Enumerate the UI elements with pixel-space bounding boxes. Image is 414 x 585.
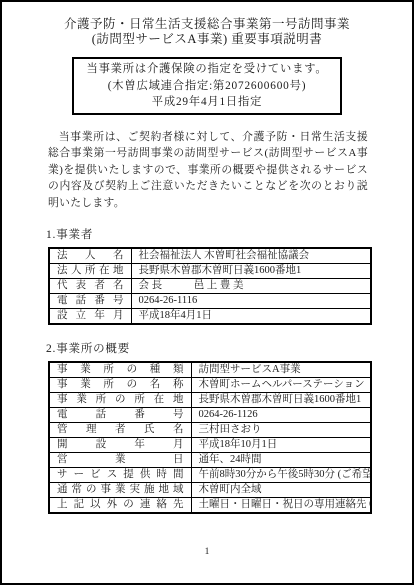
certification-statement: 当事業所は介護保険の指定を受けています。: [74, 61, 340, 78]
table-row: 電話番号 0264-26-1126: [49, 408, 371, 423]
row-value-office-type: 訪問型サービスA事業: [191, 362, 371, 378]
row-value-other-contact: 土曜日・日曜日・祝日の専用連絡先 090-5335-4760: [191, 498, 371, 514]
table-row: 法人名 社会福祉法人 木曽町社会福祉協議会: [49, 248, 371, 264]
page-number: 1: [2, 547, 412, 557]
office-overview-table: 事業所の種類 訪問型サービスA事業 事業所の名称 木曽町ホームヘルパーステーショ…: [48, 361, 372, 514]
document-page: 介護予防・日常生活支援総合事業第一号訪問事業 (訪問型サービスA事業) 重要事項…: [0, 0, 414, 585]
row-label-office-address: 事業所の所在地: [49, 393, 191, 408]
table-row: 設立年月 平成18年4月1日: [49, 309, 371, 325]
row-label-office-name: 事業所の名称: [49, 378, 191, 393]
certification-box: 当事業所は介護保険の指定を受けています。 (木曽広域連合指定:第20726006…: [72, 57, 342, 115]
row-value-establishment-date: 平成18年4月1日: [131, 309, 371, 325]
row-value-office-address: 長野県木曽郡木曽町日義1600番地1: [191, 393, 371, 408]
row-label-office-phone: 電話番号: [49, 408, 191, 423]
row-value-office-name: 木曽町ホームヘルパーステーション: [191, 378, 371, 393]
row-label-office-type: 事業所の種類: [49, 362, 191, 378]
table-row: 管理者氏名 三村田さおり: [49, 423, 371, 438]
section-2-heading: 2.事業所の概要: [46, 340, 412, 356]
table-row: 通常の事業実施地域 木曽町内全域: [49, 483, 371, 498]
row-label-corporate-address: 法人所在地: [49, 264, 131, 279]
row-value-office-phone: 0264-26-1126: [191, 408, 371, 423]
row-label-service-area: 通常の事業実施地域: [49, 483, 191, 498]
table-row: 法人所在地 長野県木曽郡木曽町日義1600番地1: [49, 264, 371, 279]
row-value-phone: 0264-26-1116: [131, 294, 371, 309]
row-label-phone: 電話番号: [49, 294, 131, 309]
table-row: 上記以外の連絡先 土曜日・日曜日・祝日の専用連絡先 090-5335-4760: [49, 498, 371, 514]
row-label-manager-name: 管理者氏名: [49, 423, 191, 438]
intro-paragraph: 当事業所は、ご契約者様に対して、介護予防・日常生活支援総合事業第一号訪問事業の訪…: [48, 129, 368, 212]
row-label-opening-date: 開設年月: [49, 438, 191, 453]
row-label-establishment-date: 設立年月: [49, 309, 131, 325]
row-value-representative: 会 長 邑 上 豊 美: [131, 279, 371, 294]
table-row: 電話番号 0264-26-1116: [49, 294, 371, 309]
row-value-service-hours: 午前8時30分から午後5時30分 (ご希望に応じて対応いたしますので、 ご相談く…: [191, 468, 371, 483]
row-label-service-hours: サービス提供時間: [49, 468, 191, 483]
business-operator-table: 法人名 社会福祉法人 木曽町社会福祉協議会 法人所在地 長野県木曽郡木曽町日義1…: [48, 247, 372, 325]
row-value-corporate-name: 社会福祉法人 木曽町社会福祉協議会: [131, 248, 371, 264]
row-label-corporate-name: 法人名: [49, 248, 131, 264]
table-row: 開設年月 平成18年10月1日: [49, 438, 371, 453]
row-value-opening-date: 平成18年10月1日: [191, 438, 371, 453]
document-title: 介護予防・日常生活支援総合事業第一号訪問事業 (訪問型サービスA事業) 重要事項…: [2, 17, 412, 47]
table-row: 事業所の所在地 長野県木曽郡木曽町日義1600番地1: [49, 393, 371, 408]
certification-date: 平成29年4月1日指定: [74, 94, 340, 111]
table-row: 代表者名 会 長 邑 上 豊 美: [49, 279, 371, 294]
table-row: サービス提供時間 午前8時30分から午後5時30分 (ご希望に応じて対応いたしま…: [49, 468, 371, 483]
row-value-corporate-address: 長野県木曽郡木曽町日義1600番地1: [131, 264, 371, 279]
certification-number: (木曽広域連合指定:第2072600600号): [74, 78, 340, 95]
row-value-business-days: 通年、24時間: [191, 453, 371, 468]
document-title-line1: 介護予防・日常生活支援総合事業第一号訪問事業: [2, 17, 412, 32]
table-row: 事業所の種類 訪問型サービスA事業: [49, 362, 371, 378]
table-row: 営業日 通年、24時間: [49, 453, 371, 468]
row-label-representative: 代表者名: [49, 279, 131, 294]
row-value-service-area: 木曽町内全域: [191, 483, 371, 498]
document-title-line2: (訪問型サービスA事業) 重要事項説明書: [2, 32, 412, 47]
row-label-other-contact: 上記以外の連絡先: [49, 498, 191, 514]
table-row: 事業所の名称 木曽町ホームヘルパーステーション: [49, 378, 371, 393]
row-label-business-days: 営業日: [49, 453, 191, 468]
row-value-manager-name: 三村田さおり: [191, 423, 371, 438]
section-1-heading: 1.事業者: [46, 226, 412, 242]
